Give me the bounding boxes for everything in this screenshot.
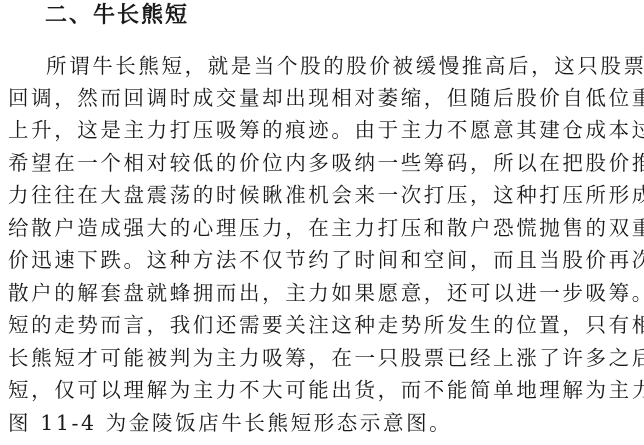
paragraph-line: 上升，这是主力打压吸筹的痕迹。由于主力不愿意其建仓成本过高，因此会 bbox=[8, 118, 638, 142]
paragraph-line: 短，仅可以理解为主力不大可能出货，而不能简单地理解为主力正在加仓。 bbox=[8, 378, 638, 402]
paragraph-line: 短的走势而言，我们还需要关注这种走势所发生的位置，只有相对低位的牛 bbox=[8, 313, 638, 337]
paragraph-line: 所谓牛长熊短，就是当个股的股价被缓慢推高后，这只股票会出现快速 bbox=[46, 54, 638, 78]
section-heading: 二、牛长熊短 bbox=[45, 3, 189, 29]
paragraph-line: 散户的解套盘就蜂拥而出，主力如果愿意，还可以进一步吸筹。对于牛长熊 bbox=[8, 281, 638, 305]
paragraph-line: 回调，然而回调时成交量却出现相对萎缩，但随后股价自低位重新开始缓慢 bbox=[8, 86, 638, 110]
paragraph-line: 长熊短才可能被判为主力吸筹，在一只股票已经上涨了许多之后的牛长熊 bbox=[8, 346, 638, 370]
paragraph-line: 价迅速下跌。这种方法不仅节约了时间和空间，而且当股价再次被推高时， bbox=[8, 248, 638, 272]
paragraph-line: 希望在一个相对较低的价位内多吸纳一些筹码，所以在把股价推高之后，主 bbox=[8, 151, 638, 175]
paragraph-line: 给散户造成强大的心理压力，在主力打压和散户恐慌抛售的双重压力下，股 bbox=[8, 216, 638, 240]
figure-reference-line: 图 11-4 为金陵饭店牛长熊短形态示意图。 bbox=[8, 411, 638, 435]
paragraph-line: 力往往在大盘震荡的时候瞅准机会来一次打压，这种打压所形成的大阴线会 bbox=[8, 183, 638, 207]
